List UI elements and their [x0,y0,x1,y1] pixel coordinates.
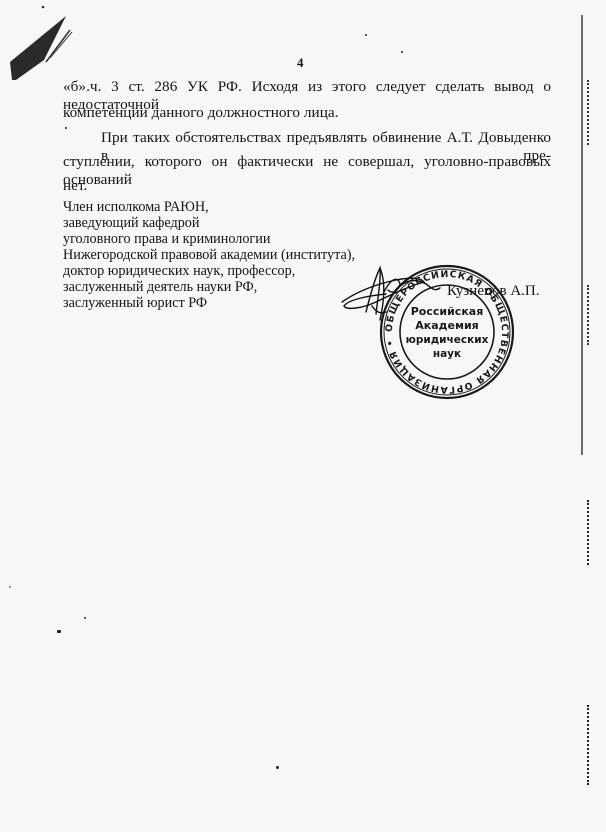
binder-hole-mark [587,285,591,345]
signer-title-line: доктор юридических наук, профессор, [63,263,295,279]
stamp-center-line: наук [433,348,461,360]
scan-speck [84,617,86,619]
signer-title-line: заведующий кафедрой [63,215,199,231]
handwritten-signature [336,262,446,326]
binder-hole-mark [587,705,591,785]
signer-title-line: заслуженный деятель науки РФ, [63,279,257,295]
signer-title-line: Нижегородской правовой академии (институ… [63,247,355,263]
signer-title-line: заслуженный юрист РФ [63,295,207,311]
binder-hole-mark [587,80,591,145]
scan-artifact-corner [0,0,80,80]
document-page: 4 «б».ч. 3 ст. 286 УК РФ. Исходя из этог… [0,0,606,832]
paragraph-line: компетенции данного должностного лица. [63,104,551,122]
binder-hole-mark [587,500,591,565]
scan-speck [365,34,367,36]
signer-title-line: уголовного права и криминологии [63,231,270,247]
scan-speck [65,127,67,129]
scan-speck [401,51,403,53]
scan-speck [276,766,279,769]
scan-speck [9,586,11,588]
scan-speck [57,630,61,633]
stamp-center-line: юридических [406,334,489,346]
page-number: 4 [297,55,304,71]
scan-edge-line [581,15,583,455]
signer-title-line: Член исполкома РАЮН, [63,199,209,215]
paragraph-line: нет. [63,177,551,195]
